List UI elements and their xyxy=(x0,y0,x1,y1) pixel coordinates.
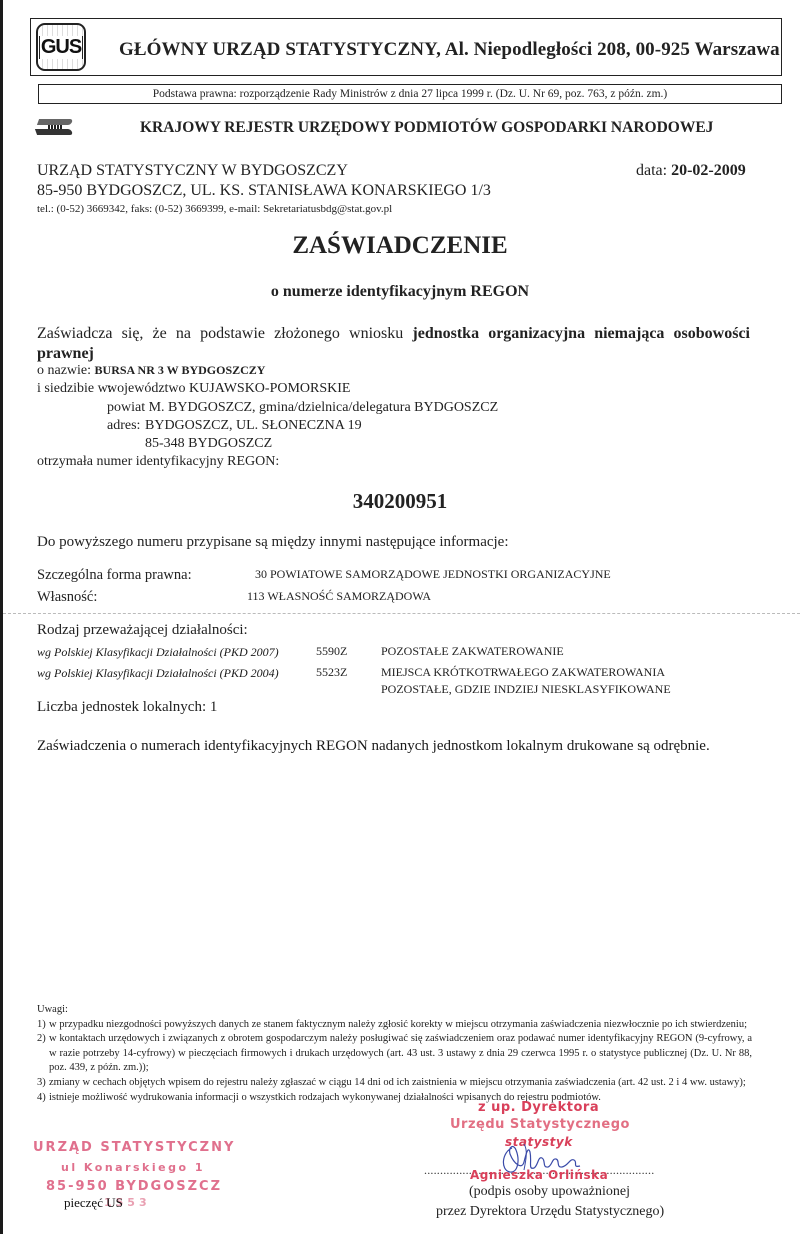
activity-desc-2004-line1: MIEJSCA KRÓTKOTRWAŁEGO ZAKWATEROWANIA xyxy=(381,665,665,680)
gus-logo-text: GUS xyxy=(39,36,83,59)
signature-caption-line1: (podpis osoby upoważnionej xyxy=(469,1184,630,1200)
activity-code-2007: 5590Z xyxy=(316,644,347,659)
office-address: 85-950 BYDGOSZCZ, UL. KS. STANISŁAWA KON… xyxy=(37,182,491,200)
fold-line xyxy=(3,613,800,614)
note-item: 3)zmiany w cechach objętych wpisem do re… xyxy=(37,1076,752,1091)
local-units-count: Liczba jednostek lokalnych: 1 xyxy=(37,699,217,716)
signatory-stamp-line1: z up. Dyrektora xyxy=(478,1100,599,1115)
separate-print-note: Zaświadczenia o numerach identyfikacyjny… xyxy=(37,737,750,756)
notes-title: Uwagi: xyxy=(37,1003,752,1018)
note-item: 4)istnieje możliwość wydrukowania inform… xyxy=(37,1091,752,1106)
activity-label: Rodzaj przeważającej działalności: xyxy=(37,622,248,639)
legal-form-label: Szczególna forma prawna: xyxy=(37,567,192,584)
seat-label: i siedzibie w: xyxy=(37,381,112,397)
seal-label: pieczęć US xyxy=(64,1195,123,1211)
entity-name: BURSA NR 3 W BYDGOSZCZY xyxy=(95,363,266,377)
note-item: 1)w przypadku niezgodności powyższych da… xyxy=(37,1018,752,1033)
registry-logo-icon xyxy=(36,119,76,135)
activity-source-2007: wg Polskiej Klasyfikacji Działalności (P… xyxy=(37,645,279,660)
entity-name-line: o nazwie: BURSA NR 3 W BYDGOSZCZY xyxy=(37,363,265,379)
office-name: URZĄD STATYSTYCZNY W BYDGOSZCZY xyxy=(37,162,348,180)
district: powiat M. BYDGOSZCZ, gmina/dzielnica/del… xyxy=(107,400,498,416)
office-contact: tel.: (0-52) 3669342, faks: (0-52) 36693… xyxy=(37,203,392,215)
activity-source-2004: wg Polskiej Klasyfikacji Działalności (P… xyxy=(37,666,279,681)
address-label: adres: xyxy=(107,418,140,434)
ownership-value: 113 WŁASNOŚĆ SAMORZĄDOWA xyxy=(247,589,431,604)
address-street: BYDGOSZCZ, UL. SŁONECZNA 19 xyxy=(145,418,362,434)
date-label: data: xyxy=(636,162,667,179)
intro-text: Zaświadcza się, że na podstawie złożoneg… xyxy=(37,325,412,342)
address-postal: 85-348 BYDGOSZCZ xyxy=(145,436,272,452)
activity-desc-2004-line2: POZOSTAŁE, GDZIE INDZIEJ NIESKLASYFIKOWA… xyxy=(381,682,671,697)
issue-date: data: 20-02-2009 xyxy=(636,162,746,180)
signature-caption-line2: przez Dyrektora Urzędu Statystycznego) xyxy=(436,1204,664,1220)
document-subtitle: o numerze identyfikacyjnym REGON xyxy=(0,283,800,301)
office-stamp-line3: 85-950 BYDGOSZCZ xyxy=(46,1179,222,1194)
signatory-stamp-line4: Agnieszka Orlińska xyxy=(470,1168,608,1182)
activity-desc-2007: POZOSTAŁE ZAKWATEROWANIE xyxy=(381,644,564,659)
name-label: o nazwie: xyxy=(37,363,91,378)
header-box: GUS GŁÓWNY URZĄD STATYSTYCZNY, Al. Niepo… xyxy=(30,18,782,76)
legal-form-value: 30 POWIATOWE SAMORZĄDOWE JEDNOSTKI ORGAN… xyxy=(255,567,611,582)
info-lead: Do powyższego numeru przypisane są międz… xyxy=(37,534,509,551)
regon-label: otrzymała numer identyfikacyjny REGON: xyxy=(37,454,279,470)
regon-number: 340200951 xyxy=(0,489,800,514)
registry-title: KRAJOWY REJESTR URZĘDOWY PODMIOTÓW GOSPO… xyxy=(140,119,713,137)
ownership-label: Własność: xyxy=(37,589,97,606)
legal-basis: Podstawa prawna: rozporządzenie Rady Min… xyxy=(38,84,782,104)
scan-edge xyxy=(0,0,3,1234)
header-title: GŁÓWNY URZĄD STATYSTYCZNY, Al. Niepodleg… xyxy=(119,39,780,61)
document-title: ZAŚWIADCZENIE xyxy=(0,232,800,260)
gus-logo-icon: GUS xyxy=(36,23,86,71)
note-item: 2)w kontaktach urzędowych i związanych z… xyxy=(37,1032,752,1076)
intro-paragraph: Zaświadcza się, że na podstawie złożoneg… xyxy=(37,324,750,364)
voivodeship: województwo KUJAWSKO-POMORSKIE xyxy=(107,381,350,397)
office-stamp-line1: URZĄD STATYSTYCZNY xyxy=(33,1140,235,1155)
signatory-stamp-line2: Urzędu Statystycznego xyxy=(450,1117,630,1132)
office-stamp-line2: ul Konarskiego 1 xyxy=(61,1161,205,1174)
activity-code-2004: 5523Z xyxy=(316,665,347,680)
notes-section: Uwagi: 1)w przypadku niezgodności powyżs… xyxy=(37,1003,752,1105)
date-value: 20-02-2009 xyxy=(671,162,746,179)
